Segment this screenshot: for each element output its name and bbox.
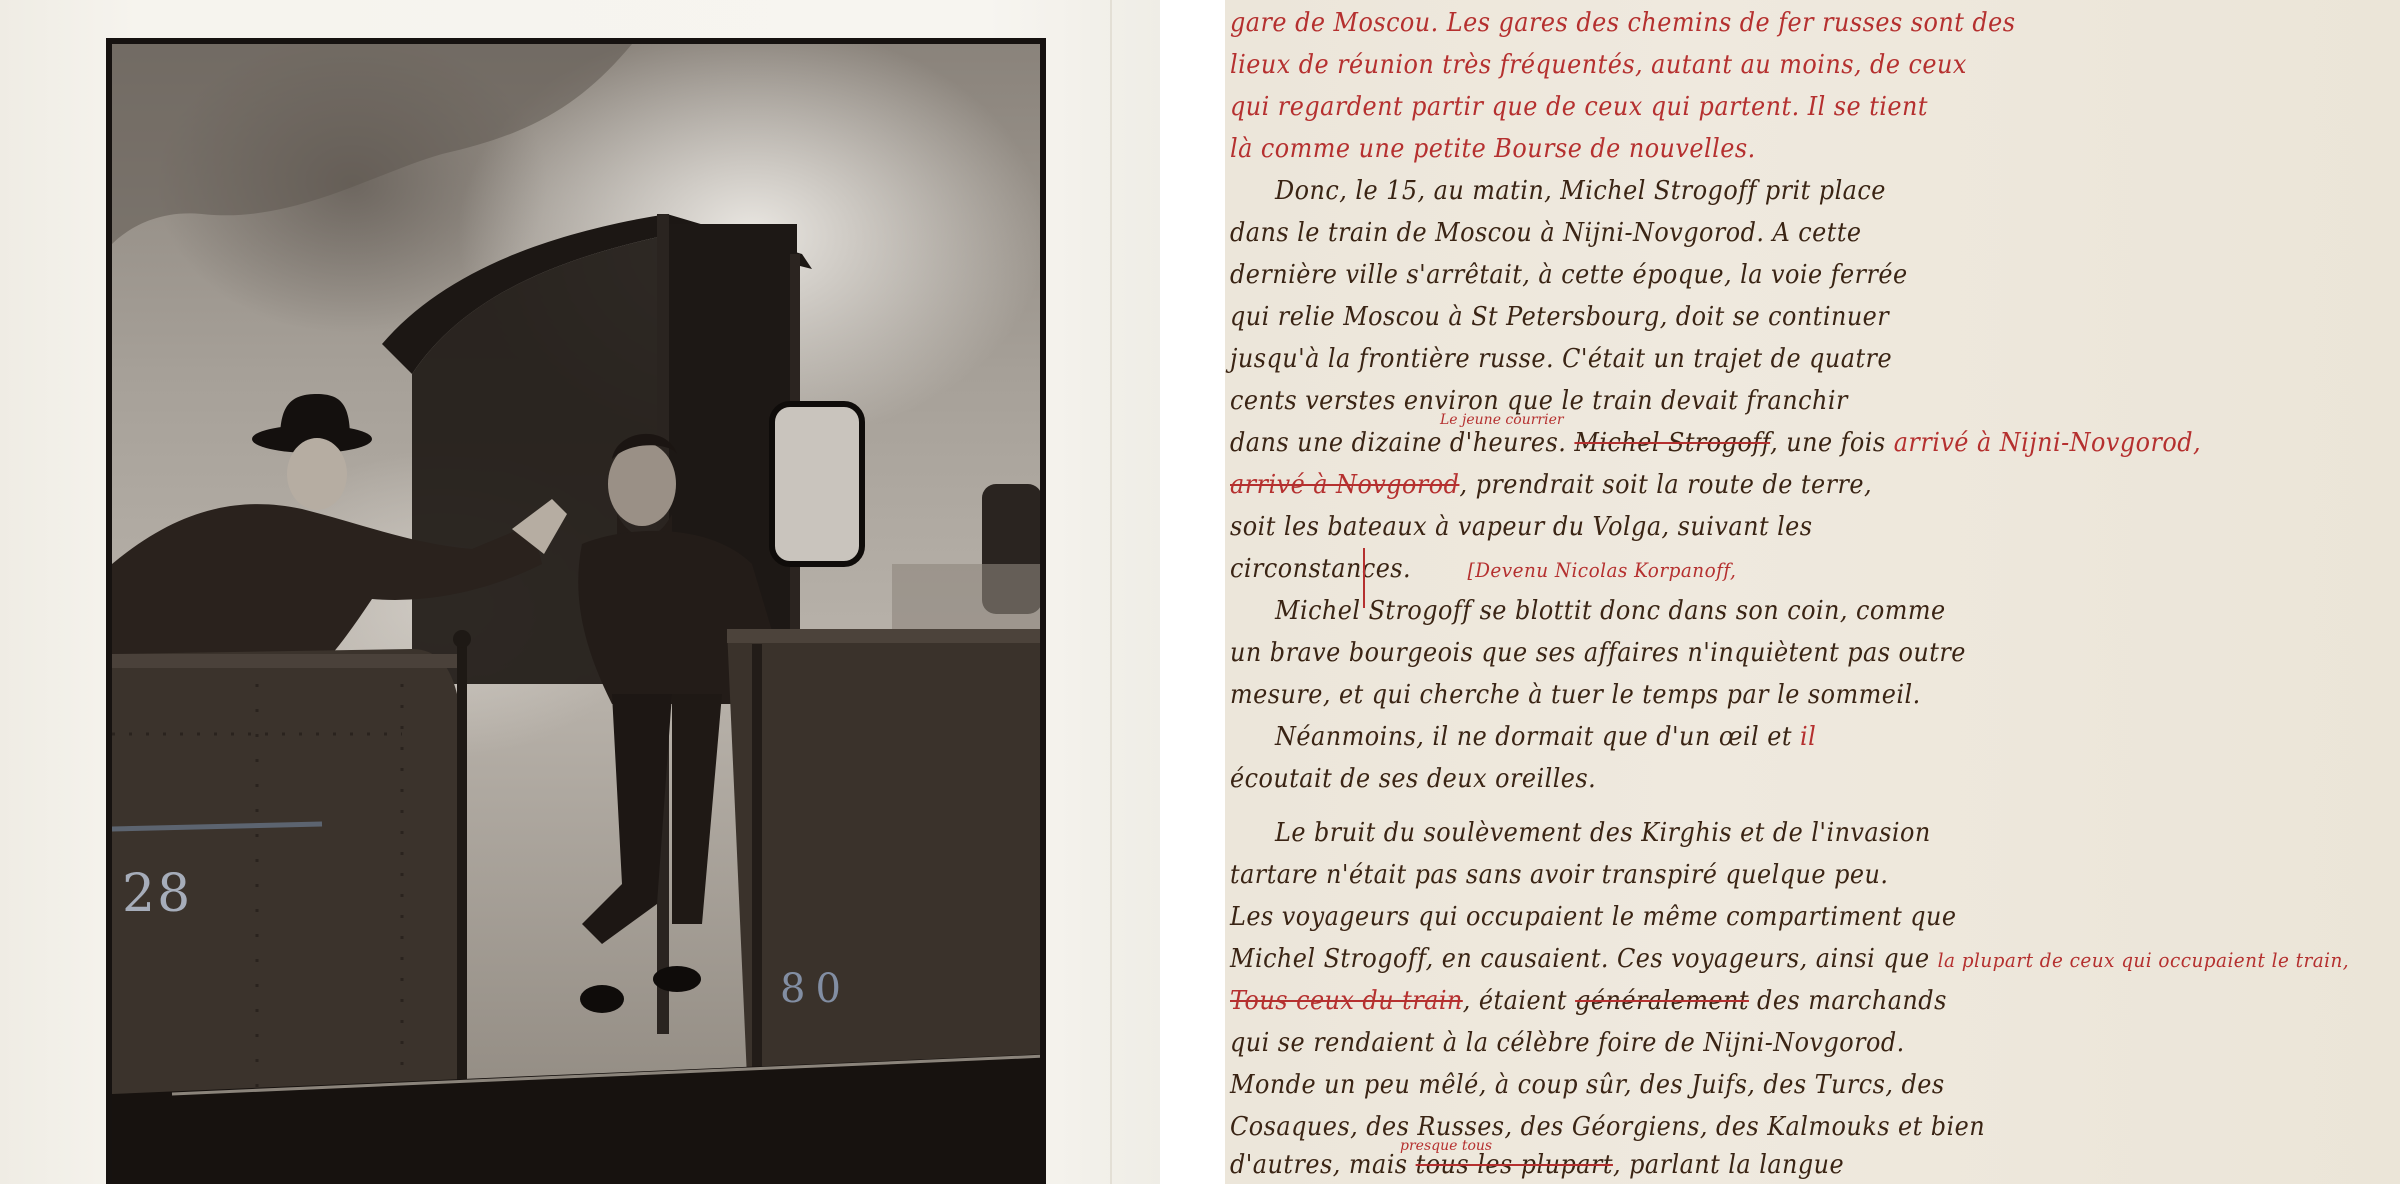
plate-number-28: 28 — [122, 864, 192, 924]
manuscript-line: un brave bourgeois que ses affaires n'in… — [1230, 638, 1966, 668]
manuscript-line: tartare n'était pas sans avoir transpiré… — [1230, 860, 1888, 890]
manuscript-line: arrivé à Novgorod, prendrait soit la rou… — [1230, 470, 1872, 500]
manuscript-line: Cosaques, des Russes, des Géorgiens, des… — [1230, 1112, 1985, 1142]
manuscript-line: gare de Moscou. Les gares des chemins de… — [1230, 8, 2015, 38]
struck-text: Michel Strogoff — [1574, 428, 1770, 458]
manuscript-line: d'autres, mais tous les plupart, parlant… — [1230, 1150, 1844, 1180]
struck-correction: Tous ceux du train — [1230, 986, 1463, 1016]
line-text: dans une dizaine d'heures. — [1230, 428, 1574, 458]
plate-number-80: 80 — [780, 966, 851, 1012]
illustration-page: 28 80 — [0, 0, 1160, 1184]
manuscript-line: Monde un peu mêlé, à coup sûr, des Juifs… — [1230, 1070, 1945, 1100]
line-text: Néanmoins, il ne dormait que d'un œil et — [1275, 722, 1792, 752]
illustration-artwork — [112, 44, 1046, 1184]
manuscript-line: là comme une petite Bourse de nouvelles. — [1230, 134, 1756, 164]
correction-note: Le jeune courrier — [1440, 412, 1564, 428]
manuscript-line: Tous ceux du train, étaient généralement… — [1230, 986, 1947, 1016]
manuscript-line: jusqu'à la frontière russe. C'était un t… — [1230, 344, 1892, 374]
line-text: d'autres, mais — [1230, 1150, 1416, 1180]
manuscript-line: Néanmoins, il ne dormait que d'un œil et… — [1275, 722, 1816, 752]
manuscript-line: dernière ville s'arrêtait, à cette époqu… — [1230, 260, 1908, 290]
correction-text: arrivé à Nijni-Novgorod, — [1894, 428, 2201, 458]
line-text: , une fois — [1770, 428, 1894, 458]
manuscript-line: dans une dizaine d'heures. Michel Strogo… — [1230, 428, 2201, 458]
manuscript-line: écoutait de ses deux oreilles. — [1230, 764, 1596, 794]
manuscript-line: mesure, et qui cherche à tuer le temps p… — [1230, 680, 1921, 710]
manuscript-line: soit les bateaux à vapeur du Volga, suiv… — [1230, 512, 1813, 542]
line-text: Michel Strogoff, en causaient. Ces voyag… — [1230, 944, 1930, 974]
illustration-frame: 28 80 — [106, 38, 1046, 1184]
manuscript-line: lieux de réunion très fréquentés, autant… — [1230, 50, 1967, 80]
manuscript-line: dans le train de Moscou à Nijni-Novgorod… — [1230, 218, 1862, 248]
line-text: des marchands — [1749, 986, 1947, 1016]
manuscript-line: Michel Strogoff se blottit donc dans son… — [1275, 596, 1946, 626]
struck-text: tous les plupart — [1416, 1150, 1613, 1180]
struck-text: généralement — [1575, 986, 1749, 1016]
correction-text: [Devenu Nicolas Korpanoff, — [1468, 558, 1737, 582]
line-text: , prendrait soit la route de terre, — [1459, 470, 1872, 500]
page-fold — [1110, 0, 1112, 1184]
manuscript-line: circonstances. [Devenu Nicolas Korpanoff… — [1230, 554, 1736, 584]
line-text: , étaient — [1463, 986, 1575, 1016]
line-text: circonstances. — [1230, 554, 1411, 584]
manuscript-line: qui regardent partir que de ceux qui par… — [1230, 92, 1928, 122]
manuscript-line: qui relie Moscou à St Petersbourg, doit … — [1230, 302, 1889, 332]
manuscript-line: Les voyageurs qui occupaient le même com… — [1230, 902, 1957, 932]
correction-text: la plupart de ceux qui occupaient le tra… — [1938, 948, 2349, 972]
struck-correction: arrivé à Novgorod — [1230, 470, 1459, 500]
manuscript-line: Donc, le 15, au matin, Michel Strogoff p… — [1275, 176, 1886, 206]
correction-text: il — [1800, 722, 1816, 752]
manuscript-line: Michel Strogoff, en causaient. Ces voyag… — [1230, 944, 2349, 974]
manuscript-line: Le bruit du soulèvement des Kirghis et d… — [1275, 818, 1931, 848]
line-text: , parlant la langue — [1613, 1150, 1844, 1180]
manuscript-page: gare de Moscou. Les gares des chemins de… — [1225, 0, 2400, 1184]
manuscript-line: qui se rendaient à la célèbre foire de N… — [1230, 1028, 1905, 1058]
